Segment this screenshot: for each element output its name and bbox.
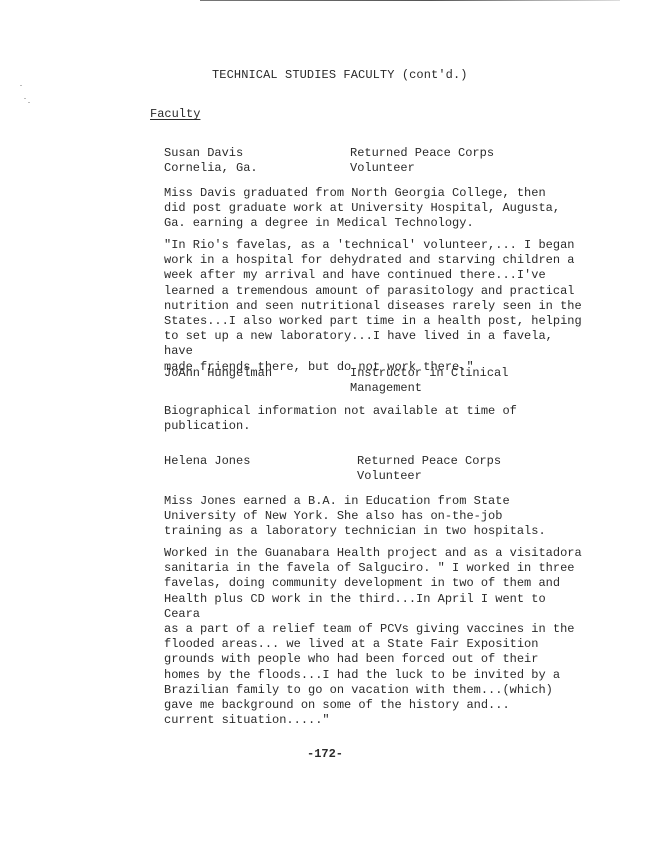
scan-speck	[24, 98, 26, 99]
bio-paragraph: Miss Jones earned a B.A. in Education fr…	[164, 494, 584, 540]
scan-speck	[20, 85, 22, 86]
quote-paragraph: "In Rio's favelas, as a 'technical' volu…	[164, 238, 584, 375]
faculty-location: Cornelia, Ga.	[164, 161, 258, 176]
section-heading: Faculty	[150, 107, 200, 122]
faculty-role: Returned Peace Corps	[357, 454, 501, 469]
bio-paragraph: Miss Davis graduated from North Georgia …	[164, 186, 584, 232]
faculty-name: Helena Jones	[164, 454, 250, 469]
faculty-role-cont: Management	[350, 381, 422, 396]
faculty-name: JoAnn Hungelman	[164, 366, 272, 381]
faculty-role-cont: Volunteer	[350, 161, 415, 176]
page-number: -172-	[307, 747, 343, 762]
faculty-role-cont: Volunteer	[357, 469, 422, 484]
faculty-role: Instructor in Clinical	[350, 366, 508, 381]
bio-paragraph: Biographical information not available a…	[164, 404, 584, 434]
faculty-name: Susan Davis	[164, 146, 243, 161]
page-title: TECHNICAL STUDIES FACULTY (cont'd.)	[212, 68, 468, 83]
scan-speck	[28, 102, 30, 103]
scan-edge-line	[200, 0, 620, 1]
faculty-role: Returned Peace Corps	[350, 146, 494, 161]
quote-paragraph: Worked in the Guanabara Health project a…	[164, 546, 584, 728]
